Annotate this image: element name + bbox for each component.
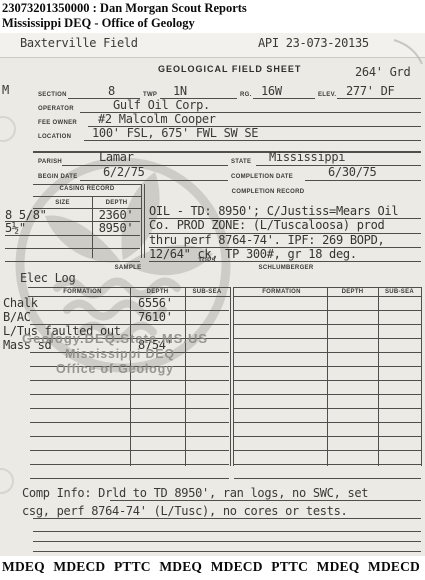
text-line: OIL - TD: 8950'; C/Justiss=Mears Oil [149,205,421,219]
table-cell [185,423,229,436]
table-row [234,451,421,465]
table-cell [5,249,92,261]
table-row [30,423,229,437]
table-cell [30,465,130,478]
table-cell: Chalk [30,297,130,310]
text-line: Co. PROD ZONE: (L/Tuscaloosa) prod [149,219,421,233]
table-cell: 7610' [130,311,185,324]
sample-depth-header: DEPTH [130,289,185,296]
table-cell [327,353,378,366]
table-cell [185,437,229,450]
sample-tops-table: Chalk6556'B/AC7610'L/Tus faulted outMass… [30,297,229,479]
table-cell [327,325,378,338]
footer-stamp-text: MDEQ MDECD PTTC MDEQ MDECD PTTC MDEQ MDE… [2,559,425,575]
completion-record-text: OIL - TD: 8950'; C/Justiss=Mears OilCo. … [149,205,421,262]
comp-info-line-2: csg, perf 8764-74' (L/Tusc), no cores or… [22,505,347,517]
table-row [234,395,421,409]
location-value: 100' FSL, 675' FWL SW SE [92,127,258,139]
agency-title: Mississippi DEQ - Office of Geology [2,16,195,31]
table-cell [234,395,327,408]
parish-value: Lamar [99,151,134,163]
table-cell [130,465,185,478]
table-cell [185,311,229,324]
table-row [234,409,421,423]
fee-owner-label: FEE OWNER [38,120,77,127]
table-row [30,381,229,395]
sheet-title: GEOLOGICAL FIELD SHEET [158,64,301,74]
table-cell [378,437,421,450]
rule-line [305,180,421,181]
schlum-subsea-header: SUB-SEA [378,289,421,296]
casing-depth-header: DEPTH [92,200,141,207]
ground-elevation: 264' Grd [355,66,410,78]
table-row [234,465,421,479]
double-divider [144,184,145,258]
table-cell [327,409,378,422]
table-cell [234,437,327,450]
rule-line [110,500,421,501]
table-row [5,236,140,249]
table-cell [234,451,327,464]
rule-line [33,541,421,542]
schlumberger-group-header: SCHLUMBERGER [246,265,326,272]
rg-value: 16W [261,85,282,97]
table-cell [327,395,378,408]
sample-subsea-header: SUB-SEA [185,289,229,296]
elec-log-annotation: Elec Log [20,272,75,284]
table-row: 5½"8950' [5,222,140,235]
begin-date-label: BEGIN DATE [38,174,78,181]
table-cell [327,339,378,352]
table-cell [30,395,130,408]
table-cell [234,311,327,324]
begin-date-value: 6/2/75 [103,166,145,178]
rule-line [33,518,421,519]
table-cell [30,437,130,450]
section-label: SECTION [38,92,67,99]
table-cell [185,409,229,422]
table-cell [234,353,327,366]
table-row [234,423,421,437]
page-curl-artifact [392,36,425,66]
table-cell [378,423,421,436]
table-cell [130,409,185,422]
table-row [234,325,421,339]
table-cell [327,423,378,436]
fee-owner-value: #2 Malcolm Cooper [98,113,216,125]
casing-table-top [33,184,141,185]
table-cell [30,409,130,422]
table-row [234,437,421,451]
comp-info-line-1: Comp Info: Drld to TD 8950', ran logs, n… [22,487,368,499]
rule-line [253,98,315,99]
rule-line [33,551,421,552]
completion-record-title: COMPLETION RECORD [148,189,388,196]
state-label: STATE [231,159,251,166]
watermark-office: Office of Geology [56,362,174,376]
table-cell [378,339,421,352]
watermark-agency: Mississippi DEQ [65,347,175,361]
rule-line [337,98,421,99]
schlum-depth-header: DEPTH [327,289,378,296]
text-line: thru perf 8764-74'. IPF: 269 BOPD, [149,234,421,248]
table-cell [185,465,229,478]
table-cell [30,423,130,436]
table-cell [378,381,421,394]
table-cell [234,423,327,436]
table-row [234,367,421,381]
operator-label: OPERATOR [38,106,74,113]
table-cell [185,297,229,310]
table-row [30,395,229,409]
double-divider [230,287,231,466]
scout-report-page: 23073201350000 : Dan Morgan Scout Report… [0,0,425,580]
casing-record-table: 8 5/8"2360'5½"8950' [5,209,140,262]
table-cell [327,311,378,324]
table-row [30,451,229,465]
table-row [234,339,421,353]
casing-size-header: SIZE [33,200,92,207]
table-cell [234,381,327,394]
table-cell [378,325,421,338]
table-cell [234,465,327,478]
table-cell [327,381,378,394]
section-divider [33,151,421,153]
table-row [234,297,421,311]
state-value: Mississippi [269,151,345,163]
parish-label: PARISH [38,159,62,166]
table-cell [185,395,229,408]
table-cell [130,395,185,408]
table-row [30,437,229,451]
table-cell [327,465,378,478]
table-cell [92,249,140,261]
table-row [234,353,421,367]
twp-value: 1N [173,85,187,97]
table-right-border [421,287,422,466]
table-cell [130,451,185,464]
table-row: Chalk6556' [30,297,229,311]
table-cell: 6556' [130,297,185,310]
table-cell [378,465,421,478]
rule-line [62,165,228,166]
completion-date-value: 6/30/75 [328,166,376,178]
table-cell [234,339,327,352]
table-cell [185,367,229,380]
table-cell [234,367,327,380]
table-row: B/AC7610' [30,311,229,325]
casing-record-title: CASING RECORD [33,186,141,193]
table-cell: 5½" [5,222,92,234]
table-cell [92,236,140,248]
table-cell [130,423,185,436]
table-cell [234,325,327,338]
table-cell: 2360' [92,209,140,221]
table-cell [378,395,421,408]
field-name: Baxterville Field [20,37,138,49]
table-row [234,381,421,395]
table-cell [5,236,92,248]
table-cell [327,437,378,450]
elev-value: 277' DF [346,85,394,97]
table-cell [30,451,130,464]
table-cell [185,353,229,366]
sample-group-header: SAMPLE [98,265,158,272]
double-divider [141,184,142,258]
table-cell: 8 5/8" [5,209,92,221]
table-row [30,409,229,423]
operator-value: Gulf Oil Corp. [113,99,210,111]
elev-label: ELEV. [318,92,336,99]
table-cell: 8950' [92,222,140,234]
sample-formation-header: FORMATION [35,289,130,296]
rule-line [84,140,421,141]
table-cell [185,381,229,394]
schlum-formation-header: FORMATION [236,289,327,296]
table-cell [327,297,378,310]
table-cell [185,451,229,464]
api-number: API 23-073-20135 [258,37,369,49]
table-cell [234,409,327,422]
table-cell [30,381,130,394]
rule-line [33,196,141,197]
location-label: LOCATION [38,134,71,141]
table-cell: B/AC [30,311,130,324]
table-cell [378,409,421,422]
schlumberger-tops-table [234,297,421,479]
rg-label: RG. [240,92,252,99]
table-cell [378,367,421,380]
table-cell [378,297,421,310]
tops-table-top [28,287,230,288]
table-cell [327,367,378,380]
table-row: 8 5/8"2360' [5,209,140,222]
rule-line [33,531,421,532]
table-cell [327,451,378,464]
table-cell [234,297,327,310]
table-row [5,249,140,262]
paper-edge-line [0,57,425,58]
report-id-title: 23073201350000 : Dan Morgan Scout Report… [2,1,247,16]
table-row [30,465,229,479]
margin-note: M [2,84,9,96]
table-cell [130,381,185,394]
table-cell [378,451,421,464]
section-value: 8 [108,85,115,97]
tops-title: TOPS [177,258,237,265]
rule-line [80,180,228,181]
table-cell [378,311,421,324]
table-cell [130,437,185,450]
table-cell [378,353,421,366]
completion-date-label: COMPLETION DATE [231,174,293,181]
watermark-url: Geology.DEQ.State.MS.US [22,331,208,346]
table-row [234,311,421,325]
